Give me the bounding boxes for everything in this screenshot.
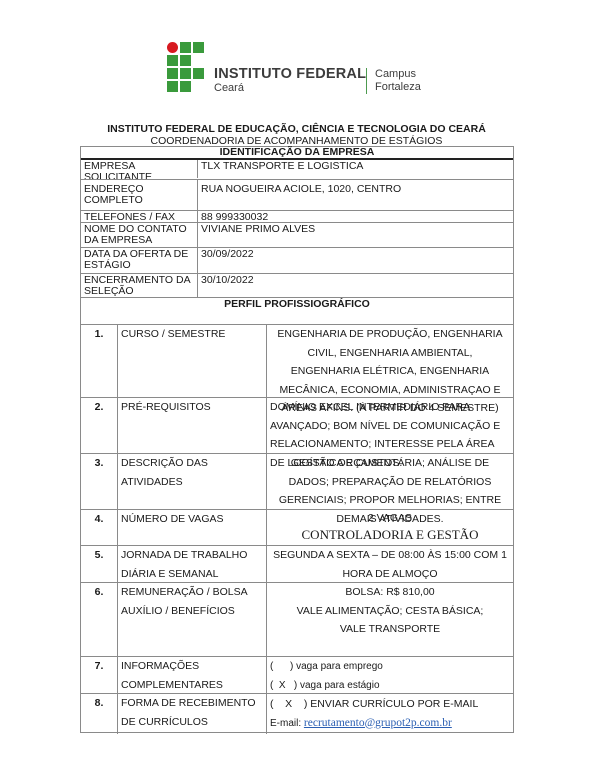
- company-row: ENCERRAMENTO DA SELEÇÃO 30/10/2022: [81, 273, 513, 298]
- item-label: INFORMAÇÕES COMPLEMENTARES: [118, 657, 218, 694]
- item-number: 1.: [81, 325, 117, 397]
- item-label: NÚMERO DE VAGAS: [118, 510, 266, 546]
- item-value: 2 VAGAS: [267, 510, 513, 526]
- item-value: ENGENHARIA DE PRODUÇÃO, ENGENHARIA CIVIL…: [267, 325, 513, 397]
- profile-section-title-row: PERFIL PROFISSIOGRÁFICO: [81, 297, 513, 326]
- item-label: REMUNERAÇÃO / BOLSA AUXÍLIO / BENEFÍCIOS: [118, 583, 258, 657]
- item-value: SEGUNDA A SEXTA – DE 08:00 ÀS 15:00 COM …: [267, 546, 513, 583]
- item-options: ( ) vaga para emprego ( X ) vaga para es…: [267, 657, 513, 694]
- profile-section-title: PERFIL PROFISSIOGRÁFICO: [81, 298, 513, 326]
- company-row: TELEFONES / FAX 88 999330032: [81, 210, 513, 222]
- profile-item: 6. REMUNERAÇÃO / BOLSA AUXÍLIO / BENEFÍC…: [81, 582, 513, 657]
- institution-heading: INSTITUTO FEDERAL DE EDUCAÇÃO, CIÊNCIA E…: [0, 123, 593, 135]
- logo-title: INSTITUTO FEDERAL: [214, 66, 366, 82]
- item-number: 5.: [81, 546, 117, 583]
- company-row-value: 88 999330032: [198, 211, 513, 222]
- logo-separator: [366, 68, 367, 94]
- option-email-checkbox[interactable]: ( X ) ENVIAR CURRÍCULO POR E-MAIL: [270, 695, 510, 714]
- company-row-value: RUA NOGUEIRA ACIOLE, 1020, CENTRO: [198, 180, 513, 210]
- item-number: 7.: [81, 657, 117, 694]
- email-label: E-mail:: [270, 718, 304, 729]
- company-row-label: ENCERRAMENTO DA SELEÇÃO: [81, 274, 197, 298]
- profile-item: 3. DESCRIÇÃO DAS ATIVIDADES GESTÃO ORÇAM…: [81, 453, 513, 509]
- company-row: DATA DA OFERTA DE ESTÁGIO 30/09/2022: [81, 247, 513, 273]
- company-row-label: EMPRESA SOLICITANTE: [81, 160, 197, 178]
- company-row-label: TELEFONES / FAX: [81, 211, 197, 222]
- company-row-value: VIVIANE PRIMO ALVES: [198, 223, 513, 247]
- item-value-secondary: CONTROLADORIA E GESTÃO: [267, 526, 513, 544]
- item-label: DESCRIÇÃO DAS ATIVIDADES: [118, 454, 266, 509]
- item-options: ( X ) ENVIAR CURRÍCULO POR E-MAIL E-mail…: [267, 694, 513, 734]
- item-value: GESTÃO ORÇAMENTÁRIA; ANÁLISE DE DADOS; P…: [267, 454, 513, 509]
- item-value-group: 2 VAGAS CONTROLADORIA E GESTÃO: [267, 510, 513, 546]
- company-row-label: NOME DO CONTATO DA EMPRESA: [81, 223, 197, 247]
- item-number: 8.: [81, 694, 117, 734]
- company-row-value: 30/10/2022: [198, 274, 513, 298]
- company-row-value: TLX TRANSPORTE E LOGISTICA: [198, 160, 513, 178]
- item-number: 4.: [81, 510, 117, 546]
- company-section-title-row: IDENTIFICAÇÃO DA EMPRESA: [81, 147, 513, 158]
- profile-item: 8. FORMA DE RECEBIMENTO DE CURRÍCULOS ( …: [81, 693, 513, 734]
- item-number: 3.: [81, 454, 117, 509]
- item-label: PRÉ-REQUISITOS: [118, 398, 266, 453]
- item-value-group: BOLSA: R$ 810,00 VALE ALIMENTAÇÃO; CESTA…: [267, 583, 513, 657]
- company-row: EMPRESA SOLICITANTE TLX TRANSPORTE E LOG…: [81, 158, 513, 178]
- company-row-label: DATA DA OFERTA DE ESTÁGIO: [81, 248, 197, 273]
- profile-item: 7. INFORMAÇÕES COMPLEMENTARES ( ) vaga p…: [81, 656, 513, 694]
- profile-item: 2. PRÉ-REQUISITOS DOMÍNIO EXCEL INTERMED…: [81, 397, 513, 453]
- item-number: 2.: [81, 398, 117, 453]
- company-row-label: ENDEREÇO COMPLETO: [81, 180, 197, 210]
- logo-subtitle: Ceará: [214, 82, 244, 94]
- logo-campus-line1: Campus: [375, 68, 421, 81]
- company-section-title: IDENTIFICAÇÃO DA EMPRESA: [81, 147, 513, 158]
- item-label: FORMA DE RECEBIMENTO DE CURRÍCULOS: [118, 694, 266, 734]
- email-link[interactable]: recrutamento@grupot2p.com.br: [304, 717, 452, 729]
- logo-campus: Campus Fortaleza: [375, 68, 421, 94]
- institution-logo: INSTITUTO FEDERAL Ceará Campus Fortaleza: [167, 42, 427, 96]
- internship-form-table: IDENTIFICAÇÃO DA EMPRESA EMPRESA SOLICIT…: [80, 146, 514, 733]
- item-label: JORNADA DE TRABALHO DIÁRIA E SEMANAL: [118, 546, 266, 583]
- item-number: 6.: [81, 583, 117, 657]
- item-value-secondary: VALE ALIMENTAÇÃO; CESTA BÁSICA; VALE TRA…: [289, 602, 491, 639]
- option-job-checkbox[interactable]: ( ) vaga para emprego: [270, 658, 510, 677]
- item-label: CURSO / SEMESTRE: [118, 325, 266, 397]
- logo-grid-icon: [167, 42, 207, 92]
- profile-item: 5. JORNADA DE TRABALHO DIÁRIA E SEMANAL …: [81, 545, 513, 583]
- profile-item: 4. NÚMERO DE VAGAS 2 VAGAS CONTROLADORIA…: [81, 509, 513, 546]
- email-line: E-mail: recrutamento@grupot2p.com.br: [270, 714, 510, 734]
- item-value: BOLSA: R$ 810,00: [289, 583, 491, 602]
- company-row-value: 30/09/2022: [198, 248, 513, 273]
- logo-campus-line2: Fortaleza: [375, 81, 421, 94]
- company-row: NOME DO CONTATO DA EMPRESA VIVIANE PRIMO…: [81, 222, 513, 247]
- profile-item: 1. CURSO / SEMESTRE ENGENHARIA DE PRODUÇ…: [81, 324, 513, 397]
- company-row: ENDEREÇO COMPLETO RUA NOGUEIRA ACIOLE, 1…: [81, 179, 513, 210]
- item-value: DOMÍNIO EXCEL INTERMEDIÁRIO PARA AVANÇAD…: [267, 398, 513, 453]
